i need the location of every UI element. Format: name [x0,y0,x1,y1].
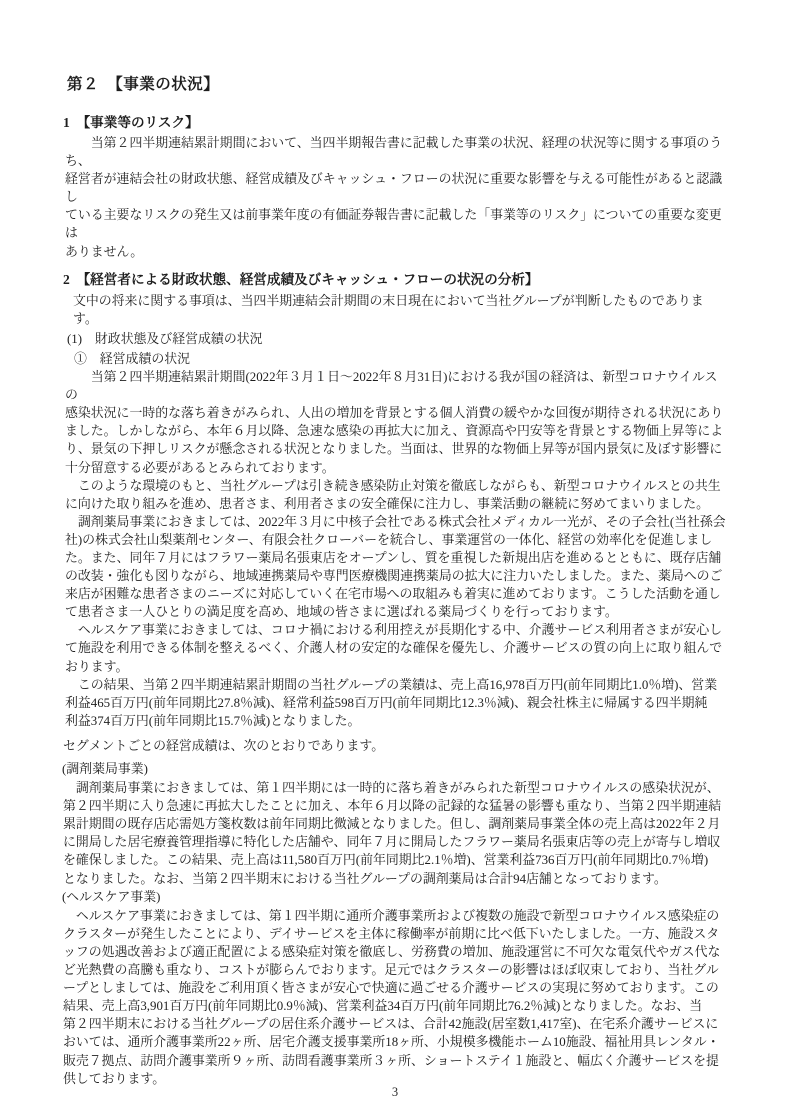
segment-pharmacy-label: (調剤薬局事業) [62,760,728,778]
operating-results-paragraph: 当第２四半期連結累計期間(2022年３月１日～2022年８月31日)における我が… [65,368,728,730]
segment-healthcare-label: (ヘルスケア事業) [62,888,728,906]
page-number: 3 [0,1085,790,1100]
section2-heading: 2 【経営者による財政状態、経営成績及びキャッシュ・フローの状況の分析】 [63,270,728,290]
subsection1-heading: (1) 財政状態及び経営成績の状況 [67,330,728,348]
segment-healthcare-paragraph: ヘルスケア事業におきましては、第１四半期に通所介護事業所および複数の施設で新型コ… [63,907,728,1088]
report-page: 第２ 【事業の状況】 1 【事業等のリスク】 当第２四半期連結累計期間において、… [0,0,790,1118]
section1-heading: 1 【事業等のリスク】 [63,113,728,133]
section1-risk-paragraph: 当第２四半期連結累計期間において、当四半期報告書に記載した事業の状況、経理の状況… [65,134,728,261]
segment-intro-line: セグメントごとの経営成績は、次のとおりであります。 [63,737,728,755]
subsection1-1-heading: ① 経営成績の状況 [74,350,728,368]
chapter-title: 第２ 【事業の状況】 [67,74,728,95]
section2-lead-paragraph: 文中の将来に関する事項は、当四半期連結会計期間の末日現在において当社グループが判… [73,292,728,328]
segment-pharmacy-paragraph: 調剤薬局事業におきましては、第１四半期には一時的に落ち着きがみられた新型コロナウ… [63,779,728,888]
